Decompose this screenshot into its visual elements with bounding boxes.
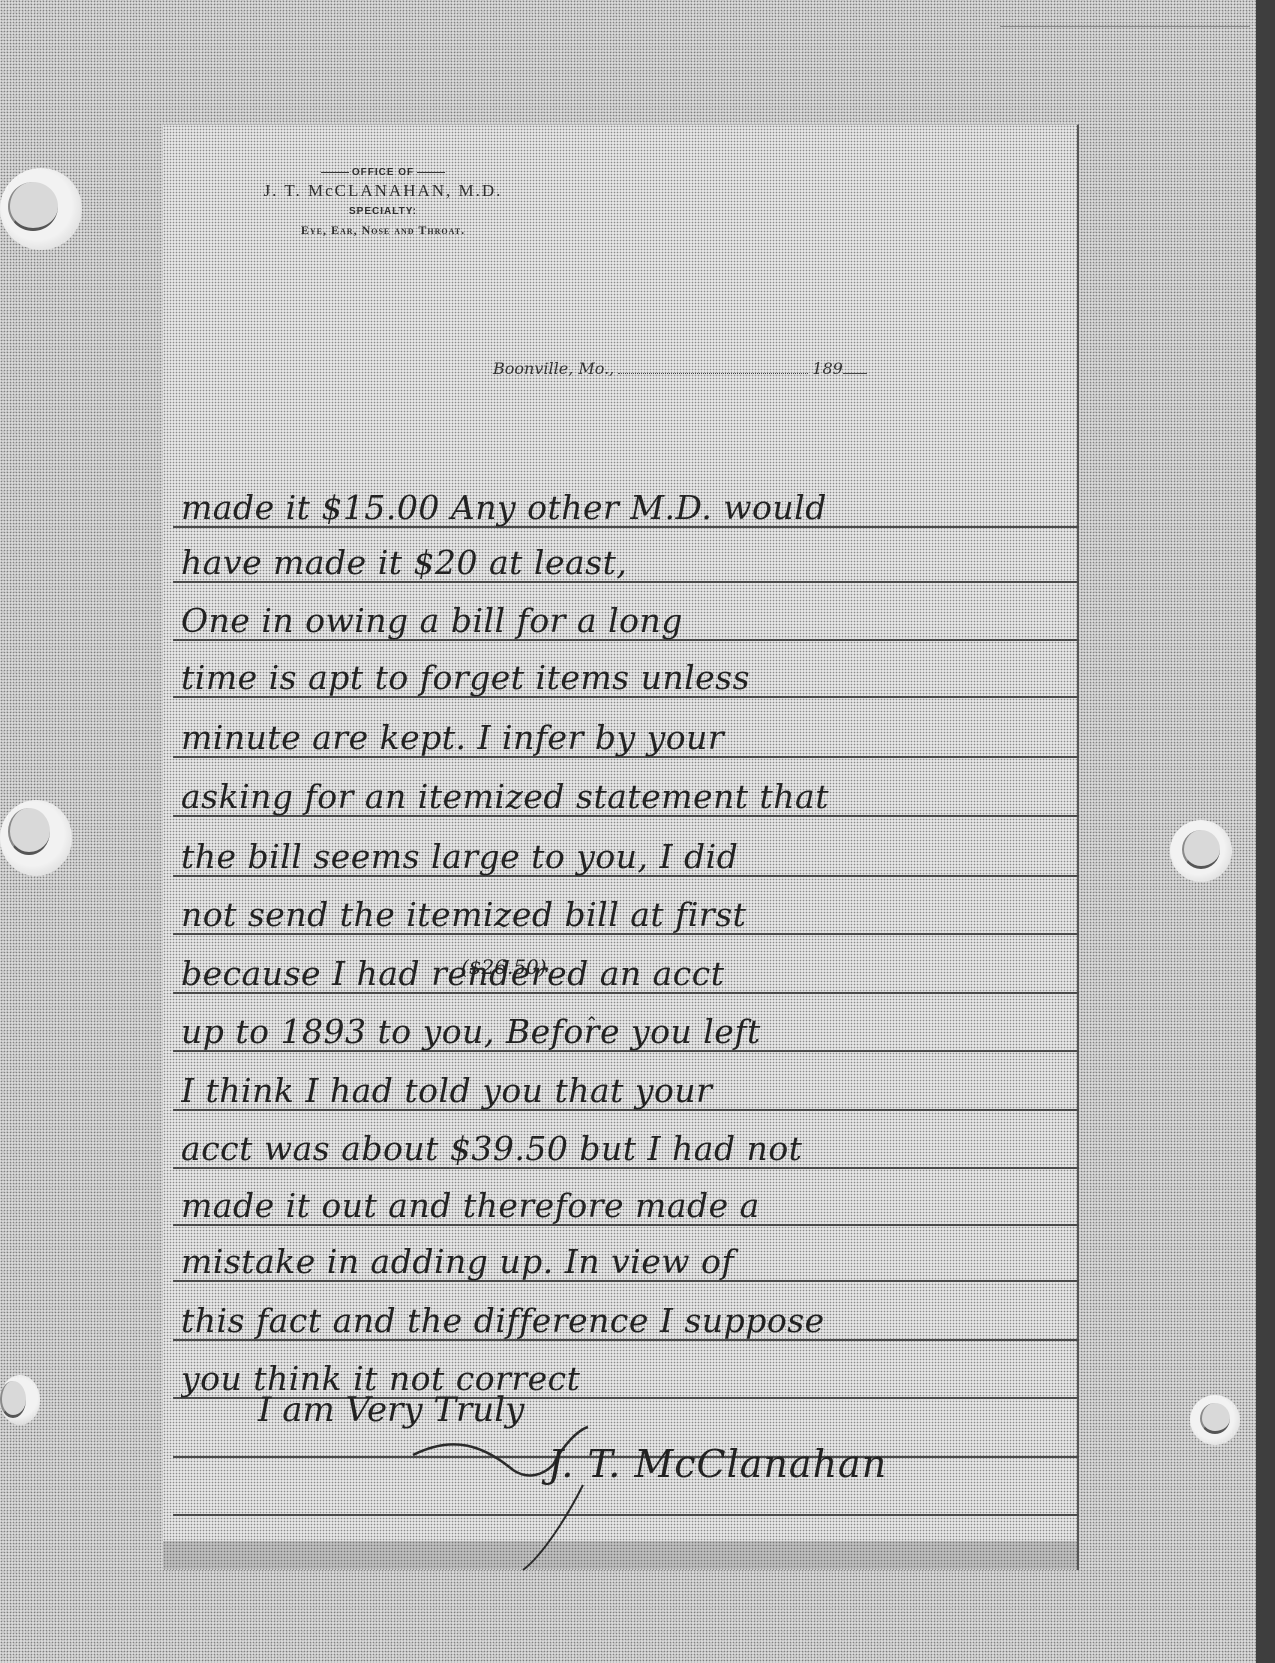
hole-punch-bottom-left bbox=[0, 1375, 40, 1425]
handwritten-line: this fact and the difference I suppose bbox=[181, 1301, 1061, 1341]
insertion-note: ($26.50) bbox=[461, 955, 547, 979]
handwritten-line: made it out and therefore made a bbox=[181, 1186, 1061, 1226]
hole-punch-bottom-right bbox=[1190, 1395, 1240, 1445]
handwritten-line: asking for an itemized statement that bbox=[181, 777, 1061, 817]
handwritten-line: the bill seems large to you, I did bbox=[181, 837, 1061, 877]
handwritten-line: minute are kept. I infer by your bbox=[181, 718, 1061, 758]
handwritten-line: have made it $20 at least, bbox=[181, 543, 1061, 583]
hole-punch-middle-right bbox=[1170, 820, 1232, 882]
handwritten-line: mistake in adding up. In view of bbox=[181, 1242, 1061, 1282]
scan-artifact-line bbox=[1000, 26, 1250, 27]
signature: J. T. McClanahan bbox=[548, 1442, 887, 1486]
handwritten-line: I think I had told you that your bbox=[181, 1071, 1061, 1111]
handwritten-line: not send the itemized bill at first bbox=[181, 895, 1061, 935]
closing: I am Very Truly bbox=[258, 1390, 524, 1430]
handwritten-line: time is apt to forget items unless bbox=[181, 658, 1061, 698]
handwritten-line: acct was about $39.50 but I had not bbox=[181, 1129, 1061, 1169]
letter-page: OFFICE OF J. T. McCLANAHAN, M.D. SPECIAL… bbox=[163, 124, 1079, 1570]
hole-punch-top-left bbox=[0, 168, 82, 250]
handwritten-line: made it $15.00 Any other M.D. would bbox=[181, 488, 1061, 528]
scan-edge-dark-strip bbox=[1256, 0, 1275, 1663]
handwritten-line: One in owing a bill for a long bbox=[181, 601, 1061, 641]
caret-mark: ⌃ bbox=[585, 1013, 598, 1032]
page-bottom-shadow bbox=[163, 1541, 1077, 1569]
handwritten-line: because I had rendered an acct bbox=[181, 954, 1061, 994]
handwritten-line: up to 1893 to you, Before you left bbox=[181, 1012, 1061, 1052]
hole-punch-middle-left bbox=[0, 800, 72, 876]
